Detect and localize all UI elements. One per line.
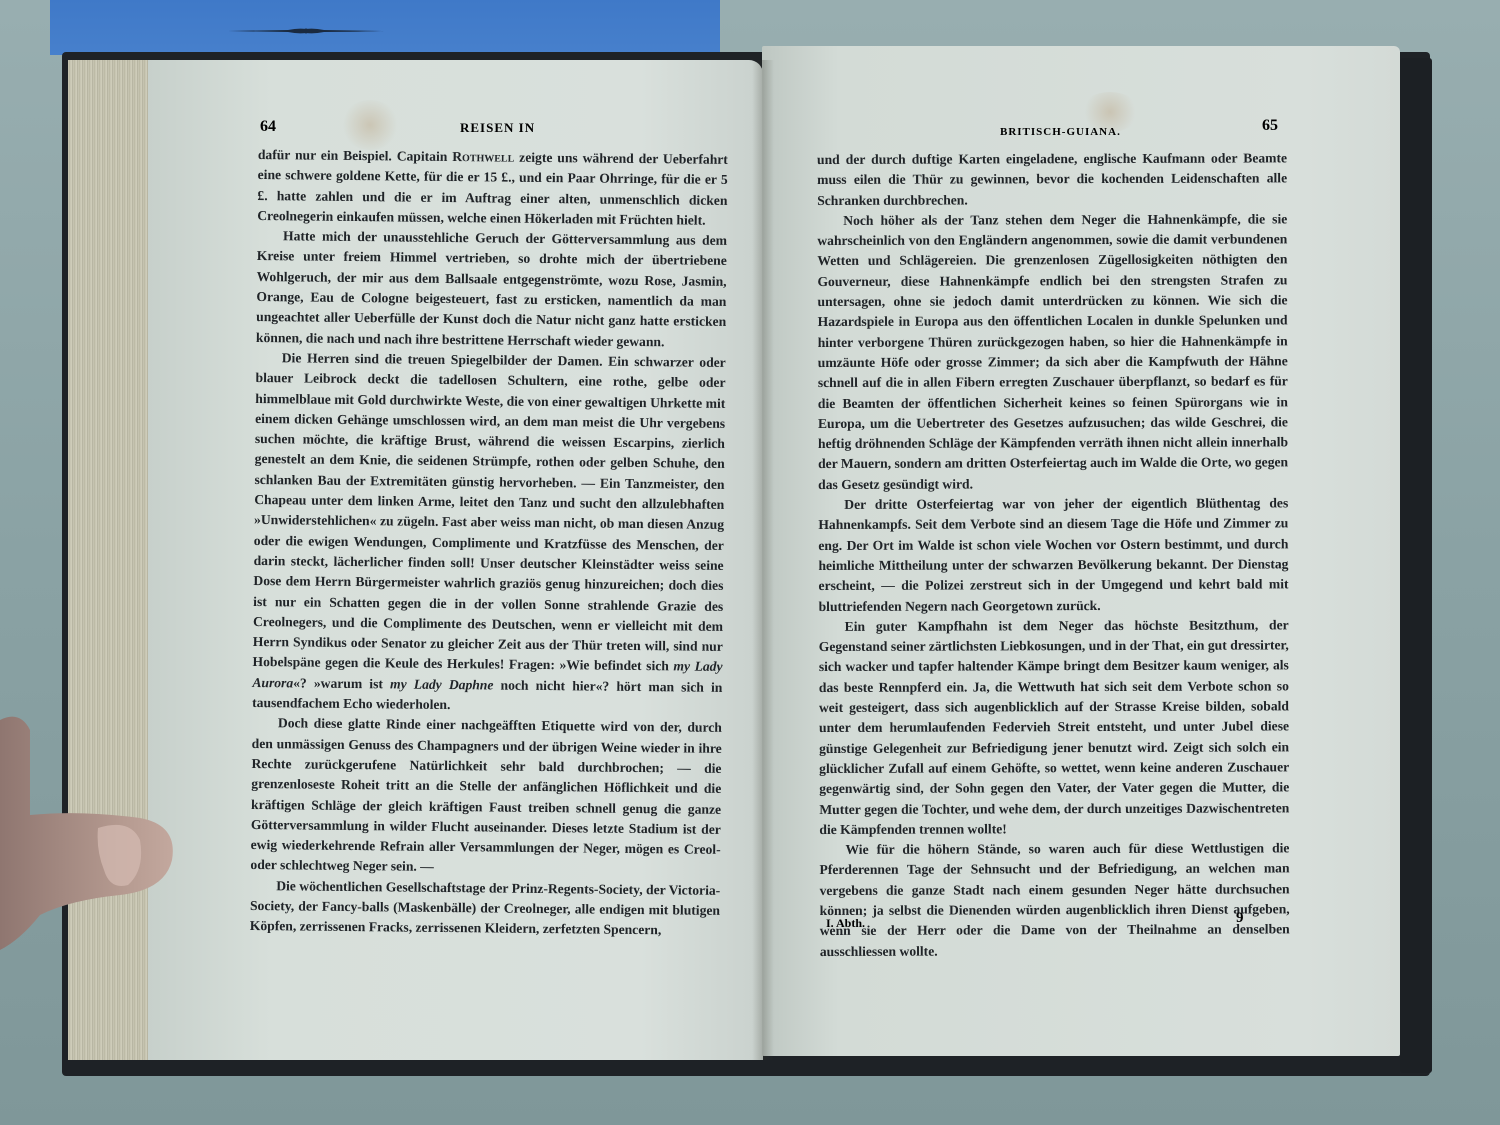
italic-phrase: my Lady Daphne (390, 676, 494, 692)
left-paragraph: Die Herren sind die treuen Spiegelbilder… (252, 348, 726, 718)
paper-stain (340, 100, 400, 150)
book-gutter (752, 60, 774, 1060)
blue-card-background (50, 0, 720, 55)
right-paragraph: Wie für die höhern Stände, so waren auch… (819, 838, 1289, 961)
left-paragraph: Doch diese glatte Rinde einer nachgeäfft… (250, 713, 722, 880)
left-paragraph: Hatte mich der unausstehliche Geruch der… (256, 226, 727, 353)
running-head-left: REISEN IN (460, 120, 535, 136)
right-paragraph: Noch höher als der Tanz stehen dem Neger… (817, 209, 1288, 495)
left-paragraph: dafür nur ein Beispiel. Capitain Rothwel… (257, 145, 728, 231)
left-paragraph: Die wöchentlichen Gesellschaftstage der … (250, 876, 721, 942)
page-number-left: 64 (260, 118, 276, 136)
signature-number: 9 (1236, 910, 1244, 927)
right-paragraph: Der dritte Osterfeiertag war von jeher d… (818, 493, 1288, 616)
book-cover-edge (1400, 58, 1432, 1073)
left-page-body: dafür nur ein Beispiel. Capitain Rothwel… (250, 145, 728, 941)
right-page-body: und der durch duftige Karten eingeladene… (817, 148, 1290, 962)
right-paragraph: und der durch duftige Karten eingeladene… (817, 148, 1287, 211)
ornament-icon (228, 28, 384, 34)
page-number-right: 65 (1262, 117, 1278, 135)
small-caps-name: Rothwell (452, 149, 514, 165)
running-head-right: BRITISCH-GUIANA. (1000, 126, 1121, 138)
right-paragraph: Ein guter Kampfhahn ist dem Neger das hö… (819, 615, 1290, 840)
hand-thumb (0, 700, 180, 960)
signature-mark: I. Abth. (826, 916, 865, 931)
